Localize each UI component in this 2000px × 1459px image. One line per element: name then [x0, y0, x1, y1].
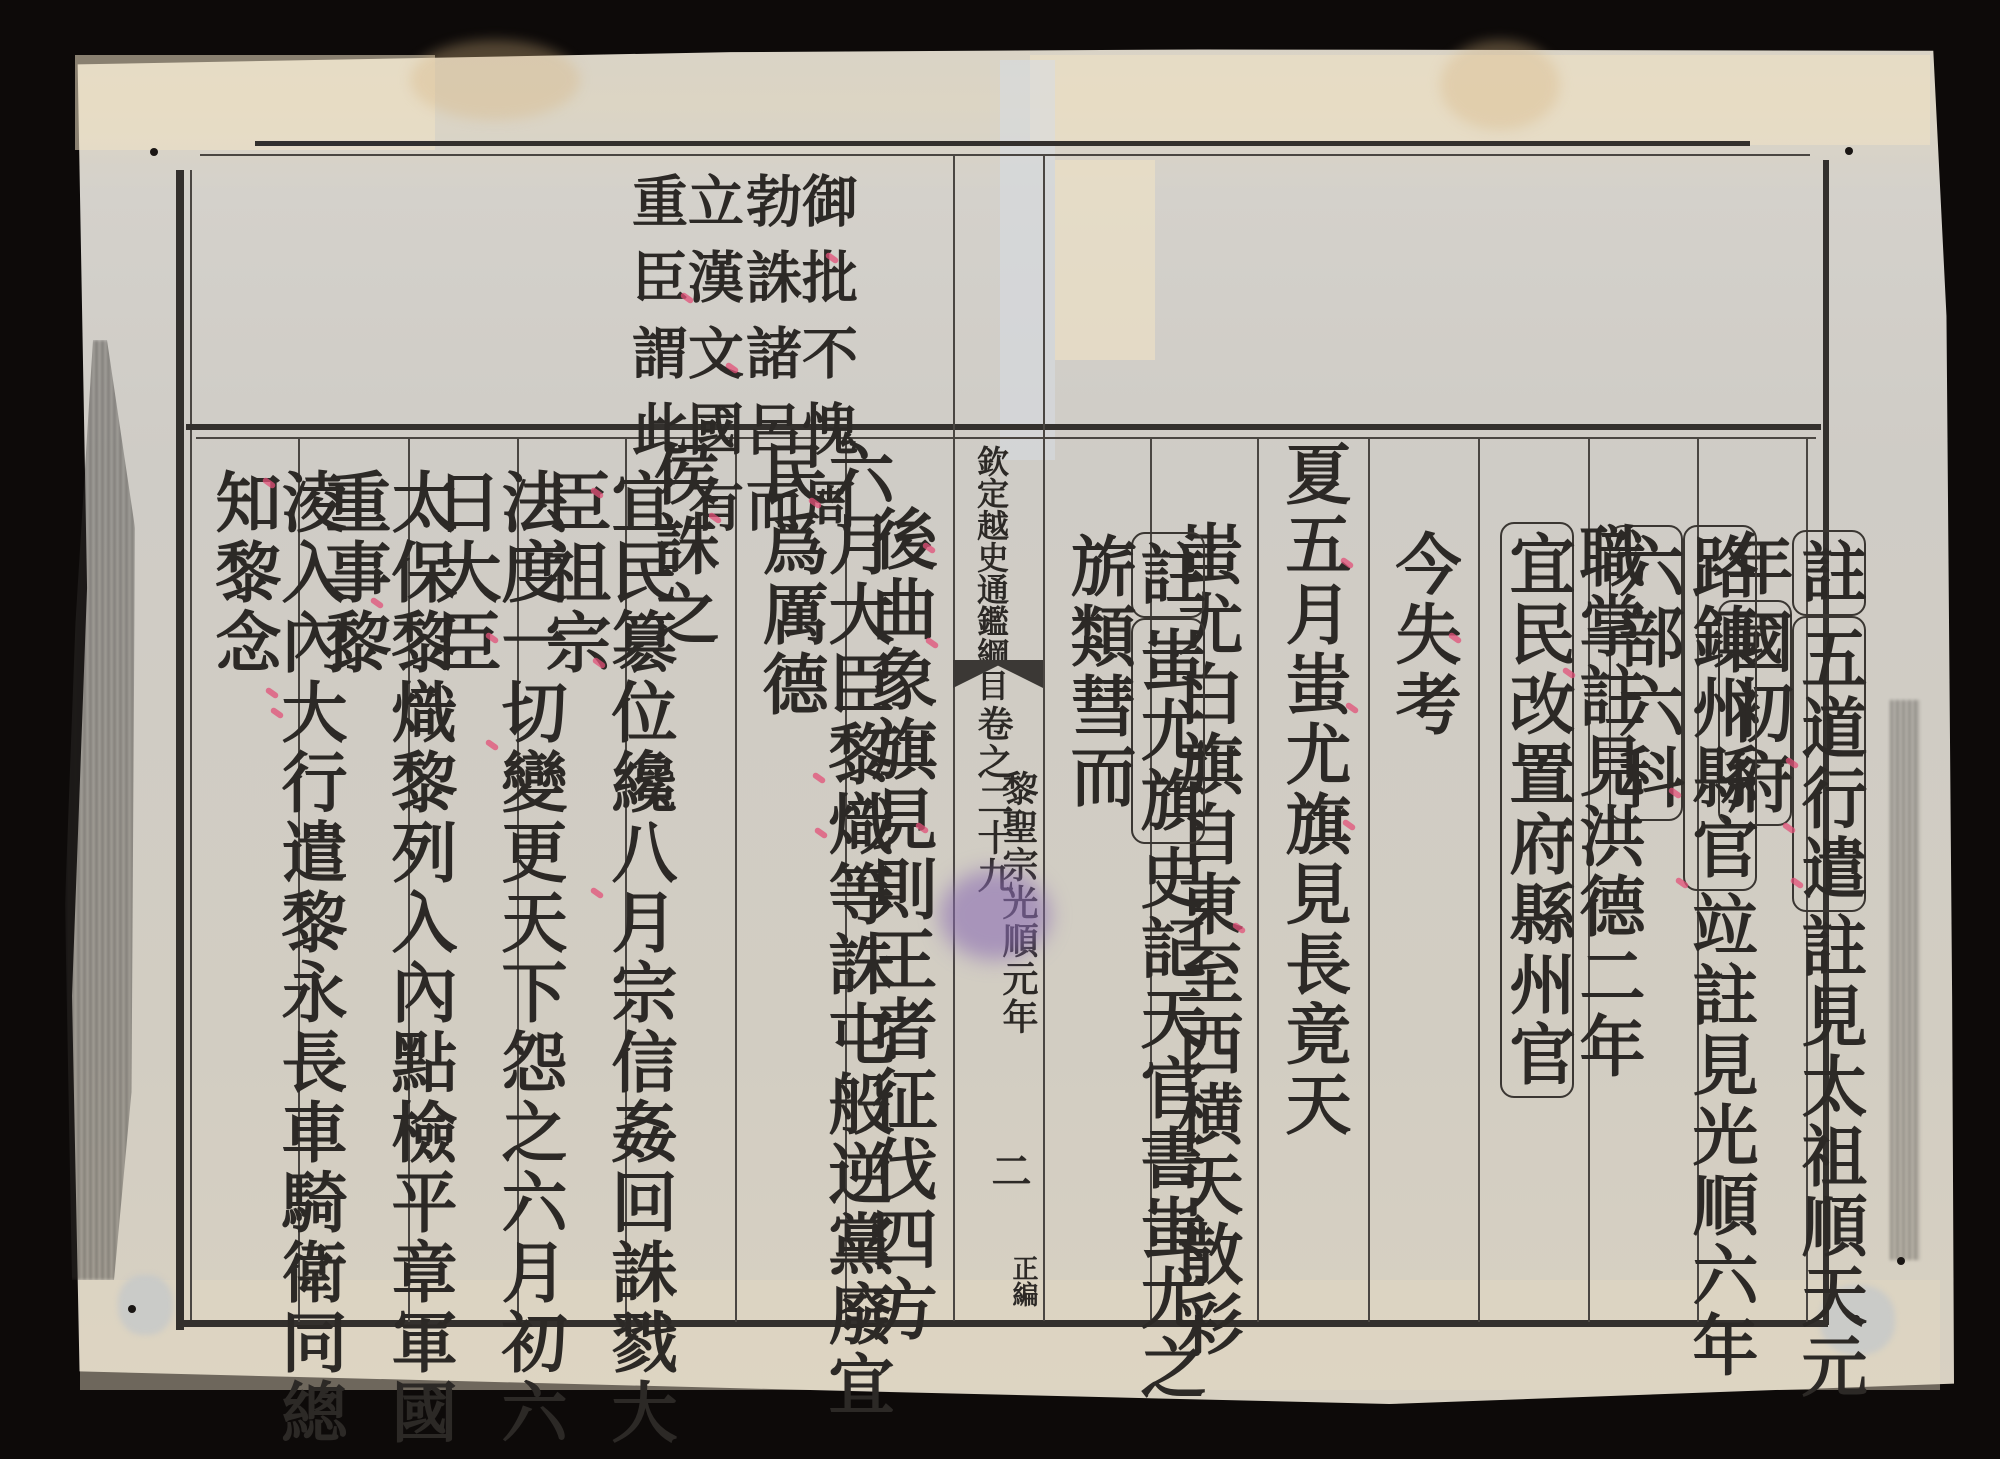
page-number: 二 — [988, 1150, 1028, 1196]
ink-smudge-left-edge — [65, 340, 135, 1280]
text-column-r3: 職掌註見洪德二年宜民改置府縣州官 — [1500, 522, 1640, 1459]
worm-hole — [150, 148, 158, 156]
boxed-note-marker: 註 — [1792, 530, 1866, 616]
boxed-term: 蚩尤旗 — [1131, 618, 1205, 844]
boxed-term: 宜民改置府縣州官 — [1500, 522, 1574, 1098]
text-column-l7: 淩入內大行遣黎永長車騎衛同總知黎念 — [210, 468, 342, 1459]
worm-hole — [128, 1305, 136, 1313]
repair-tape-center — [1000, 60, 1055, 460]
water-stain-2 — [1440, 40, 1560, 130]
center-fold-line-right — [1043, 156, 1045, 1321]
repair-patch-bottom-left — [118, 1275, 173, 1335]
top-inner-rule — [200, 154, 1810, 156]
purple-ink-stain — [940, 870, 1050, 960]
boxed-term: 五道行遣 — [1792, 616, 1866, 912]
column-text: 職掌註見洪德二年 — [1568, 522, 1646, 1082]
column-divider — [1368, 437, 1370, 1322]
column-text: 竝註見光順六年 — [1681, 891, 1759, 1381]
boxed-term: 路鎮州縣官 — [1683, 525, 1757, 891]
middle-divider-rule — [186, 424, 1821, 430]
repair-tape-top-left — [75, 55, 435, 150]
section-label: 正編 — [1010, 1255, 1036, 1307]
left-border-rule — [176, 170, 184, 1330]
repair-tape-upper-panel — [1055, 160, 1155, 360]
water-stain-1 — [410, 40, 580, 120]
left-inner-rule — [190, 170, 192, 1320]
text-column-r4: 今失考 — [1390, 530, 1456, 740]
text-column-r5: 夏五月蚩尤旗見長竟天 — [1280, 440, 1346, 1140]
worm-hole — [1897, 1257, 1905, 1265]
text-column-r7: 註蚩尤旗史記天官書蚩尤之旂類彗而 — [1065, 532, 1205, 1459]
imperial-comment-column-4: 重臣謂此 — [628, 172, 684, 476]
ink-smudge-right-edge — [1890, 700, 1920, 1260]
center-fold-line-left — [953, 156, 955, 1321]
column-divider — [735, 437, 737, 1322]
column-divider — [1478, 437, 1480, 1322]
boxed-note-marker: 註 — [1131, 532, 1205, 618]
middle-inner-rule — [196, 437, 1816, 439]
worm-hole — [1845, 147, 1853, 155]
column-divider — [1257, 437, 1259, 1322]
top-border-rule — [255, 141, 1750, 146]
text-column-l2: 六月大臣黎熾等誅屯般逆黨廢宜民爲厲德 — [757, 440, 889, 1459]
